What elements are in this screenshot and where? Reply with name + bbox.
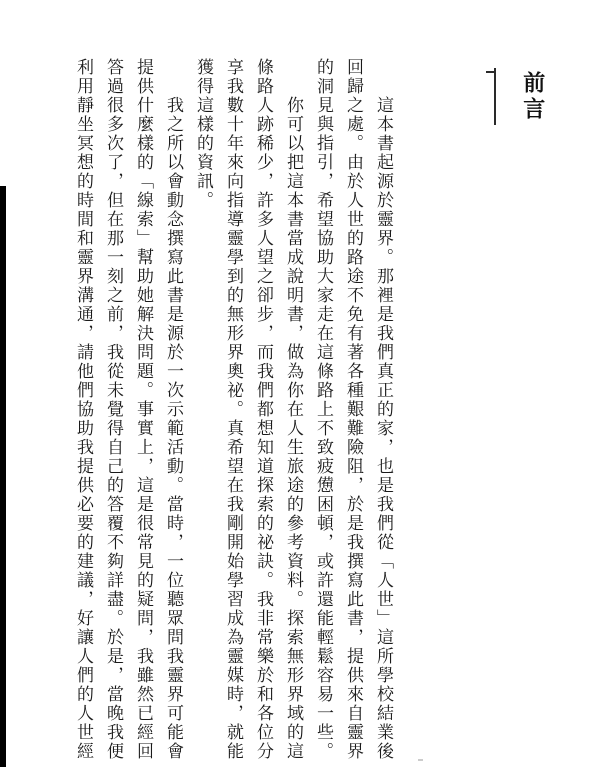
paragraph-2: 你可以把這本書當成說明書，做為你在人生旅途的參考資料。探索無形界域的這條路人跡稀… — [188, 58, 308, 761]
title-rule — [494, 68, 496, 125]
chapter-title: 前言 — [518, 71, 549, 123]
body-text: 這本書起源於靈界。那裡是我們真正的家，也是我們從「人世」這所學校結業後回歸之處。… — [62, 58, 398, 761]
scan-speck — [418, 759, 423, 761]
paragraph-1: 這本書起源於靈界。那裡是我們真正的家，也是我們從「人世」這所學校結業後回歸之處。… — [308, 58, 398, 761]
scanned-book-page: 前言 這本書起源於靈界。那裡是我們真正的家，也是我們從「人世」這所學校結業後回歸… — [0, 0, 597, 767]
paragraph-3: 我之所以會動念撰寫此書是源於一次示範活動。當時，一位聽眾問我靈界可能會提供什麼樣… — [68, 58, 188, 761]
title-rule-tick — [486, 71, 494, 73]
scan-edge-bar — [0, 186, 6, 767]
